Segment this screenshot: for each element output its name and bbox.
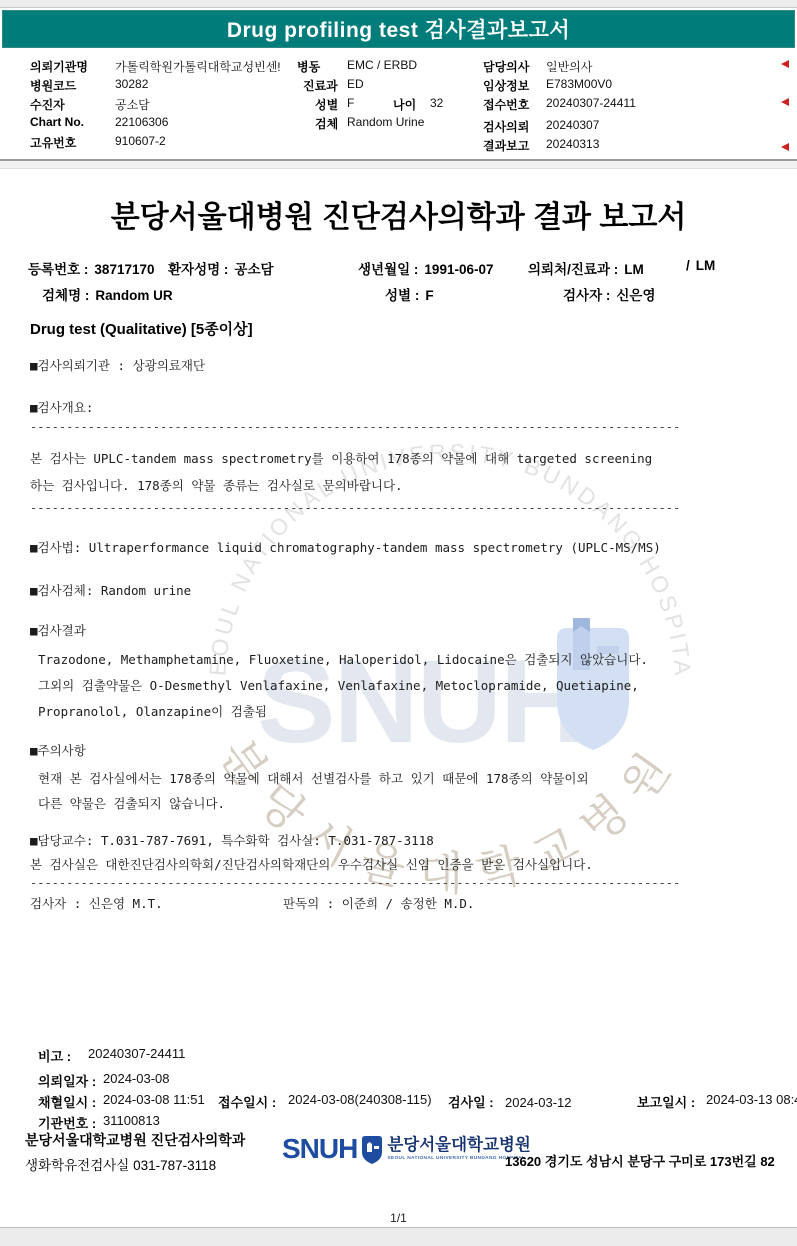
collect-date-value: 2024-03-08 11:51 (103, 1092, 205, 1107)
body-line-overview: ■검사개요: (30, 398, 93, 416)
label-department: 진료과 (303, 77, 338, 94)
body-line-result2: 그외의 검출약물은 O-Desmethyl Venlafaxine, Venla… (38, 676, 639, 694)
report-banner: Drug profiling test 검사결과보고서 (2, 10, 795, 48)
changed-flag-icon (781, 60, 789, 68)
patient-sex-value: F (425, 288, 433, 303)
body-line-desc1: 본 검사는 UPLC-tandem mass spectrometry를 이용하… (30, 449, 652, 467)
label-doctor: 담당의사 (483, 58, 529, 75)
top-gray-strip (0, 0, 797, 8)
label-age: 나이 (393, 96, 416, 113)
receipt-date-label: 접수일시 : (218, 1092, 276, 1111)
dashed-separator: ----------------------------------------… (30, 876, 720, 890)
patient-specimen-label: 검체명 : (42, 288, 89, 303)
signer-line: 검사자 : 신은영 M.T. (30, 894, 163, 912)
value-requesting-org: 가톨릭학원가톨릭대학교성빈센! (115, 58, 281, 75)
page-title: 분당서울대병원 진단검사의학과 결과 보고서 (0, 192, 797, 236)
value-chart-no: 22106306 (115, 115, 168, 129)
body-line-caution-head: ■주의사항 (30, 741, 86, 759)
value-test-request-date: 20240307 (546, 118, 599, 132)
snuh-shield-icon (361, 1135, 383, 1165)
label-result-report-date: 결과보고 (483, 137, 529, 154)
patient-reg-label: 등록번호 : (28, 262, 88, 277)
body-line-accreditation: 본 검사실은 대한진단검사의학회/진단검사의학재단의 우수검사실 신임 인증을 … (30, 855, 593, 873)
value-result-report-date: 20240313 (546, 137, 599, 151)
patient-tester: 검사자 :신은영 (563, 284, 656, 304)
test-date-value: 2024-03-12 (505, 1095, 572, 1110)
collect-date-label: 채혈일시 : (38, 1092, 96, 1111)
patient-tester-value: 신은영 (616, 288, 655, 303)
patient-specimen: 검체명 :Random UR (42, 284, 173, 304)
value-ward: EMC / ERBD (347, 58, 417, 72)
report-date-label: 보고일시 : (637, 1092, 695, 1111)
banner-title: Drug profiling test 검사결과보고서 (227, 14, 570, 44)
body-line-result1: Trazodone, Methamphetamine, Fluoxetine, … (38, 650, 648, 668)
reviewer-line: 판독의 : 이준희 / 송정한 M.D. (283, 894, 474, 912)
patient-specimen-value: Random UR (95, 288, 172, 303)
value-sex: F (347, 96, 354, 110)
patient-dept: 의뢰처/진료과 :LM (528, 258, 644, 278)
value-receipt-no: 20240307-24411 (546, 96, 636, 110)
header-separator-band (0, 161, 797, 169)
label-sex: 성별 (315, 96, 338, 113)
org-no-value: 31100813 (103, 1113, 160, 1128)
label-ward: 병동 (297, 58, 320, 75)
patient-name: 환자성명 :공소담 (168, 258, 274, 278)
value-clinical-info: E783M00V0 (546, 77, 612, 91)
value-patient: 공소담 (115, 96, 150, 113)
body-line-method: ■검사법: Ultraperformance liquid chromatogr… (30, 538, 661, 556)
request-date-label: 의뢰일자 : (38, 1071, 96, 1090)
patient-name-value: 공소담 (234, 262, 273, 277)
body-line-caution2: 다른 약물은 검출되지 않습니다. (38, 794, 225, 812)
page-number: 1/1 (0, 1211, 797, 1225)
patient-sex-label: 성별 : (385, 288, 419, 303)
patient-tester-label: 검사자 : (563, 288, 610, 303)
patient-dept-label: 의뢰처/진료과 : (528, 262, 618, 277)
label-receipt-no: 접수번호 (483, 96, 529, 113)
footer-dept-line2: 생화학유전검사실 031-787-3118 (25, 1154, 216, 1174)
dashed-separator: ----------------------------------------… (30, 420, 720, 434)
footer-address: 13620 경기도 성남시 분당구 구미로 173번길 82 (505, 1151, 775, 1170)
request-date-value: 2024-03-08 (103, 1071, 170, 1086)
bottom-gray-bar (0, 1227, 797, 1246)
report-page: SEOUL NATIONAL UNIVERSITY BUNDANG HOSPIT… (0, 0, 797, 1246)
body-line-professor: ■담당교수: T.031-787-7691, 특수화학 검사실: T.031-7… (30, 831, 434, 849)
value-unique-no: 910607-2 (115, 134, 166, 148)
patient-birth-label: 생년월일 : (358, 262, 418, 277)
changed-flag-icon (781, 143, 789, 151)
footer-dept-line1: 분당서울대학교병원 진단검사의학과 (25, 1130, 245, 1150)
label-patient: 수진자 (30, 96, 65, 113)
patient-birth: 생년월일 :1991-06-07 (358, 258, 493, 278)
label-unique-no: 고유번호 (30, 134, 76, 151)
test-heading: Drug test (Qualitative) [5종이상] (30, 318, 253, 339)
body-line-specimen: ■검사검체: Random urine (30, 581, 191, 599)
label-hospital-code: 병원코드 (30, 77, 76, 94)
label-chart-no: Chart No. (30, 115, 84, 129)
patient-dept-slash: / (686, 258, 690, 273)
watermark-arc-bottom: 분당서울대학교병원 (210, 730, 690, 900)
patient-sex: 성별 :F (385, 284, 434, 304)
remark-value: 20240307-24411 (88, 1046, 185, 1061)
patient-name-label: 환자성명 : (168, 262, 228, 277)
label-specimen: 검체 (315, 115, 338, 132)
label-requesting-org: 의뢰기관명 (30, 58, 88, 75)
value-age: 32 (430, 96, 443, 110)
value-doctor: 일반의사 (546, 58, 592, 75)
test-date-label: 검사일 : (448, 1092, 494, 1111)
snuh-logo: SNUH 분당서울대학교병원 SEOUL NATIONAL UNIVERSITY… (282, 1134, 531, 1165)
changed-flag-icon (781, 98, 789, 106)
body-line-result-head: ■검사결과 (30, 621, 86, 639)
body-line-request-org: ■검사의뢰기관 : 상광의료재단 (30, 356, 205, 374)
value-hospital-code: 30282 (115, 77, 148, 91)
patient-birth-value: 1991-06-07 (424, 262, 493, 277)
value-department: ED (347, 77, 364, 91)
patient-dept2: /LM (686, 258, 715, 273)
patient-reg-no: 등록번호 :38717170 (28, 258, 155, 278)
receipt-date-value: 2024-03-08(240308-115) (288, 1092, 432, 1107)
patient-dept-value2: LM (696, 258, 716, 273)
body-line-result3: Propranolol, Olanzapine이 검출됨 (38, 702, 267, 720)
patient-reg-value: 38717170 (94, 262, 154, 277)
snuh-logo-text: SNUH (282, 1134, 357, 1164)
body-line-desc2: 하는 검사입니다. 178종의 약물 종류는 검사실로 문의바랍니다. (30, 476, 403, 494)
remark-label: 비고 : (38, 1046, 71, 1065)
label-clinical-info: 임상정보 (483, 77, 529, 94)
label-test-request-date: 검사의뢰 (483, 118, 529, 135)
dashed-separator: ----------------------------------------… (30, 501, 720, 515)
value-specimen: Random Urine (347, 115, 424, 129)
body-line-caution1: 현재 본 검사실에서는 178종의 약물에 대해서 선별검사를 하고 있기 때문… (38, 769, 589, 787)
patient-dept-value: LM (624, 262, 644, 277)
report-date-value: 2024-03-13 08:49 (706, 1092, 797, 1107)
